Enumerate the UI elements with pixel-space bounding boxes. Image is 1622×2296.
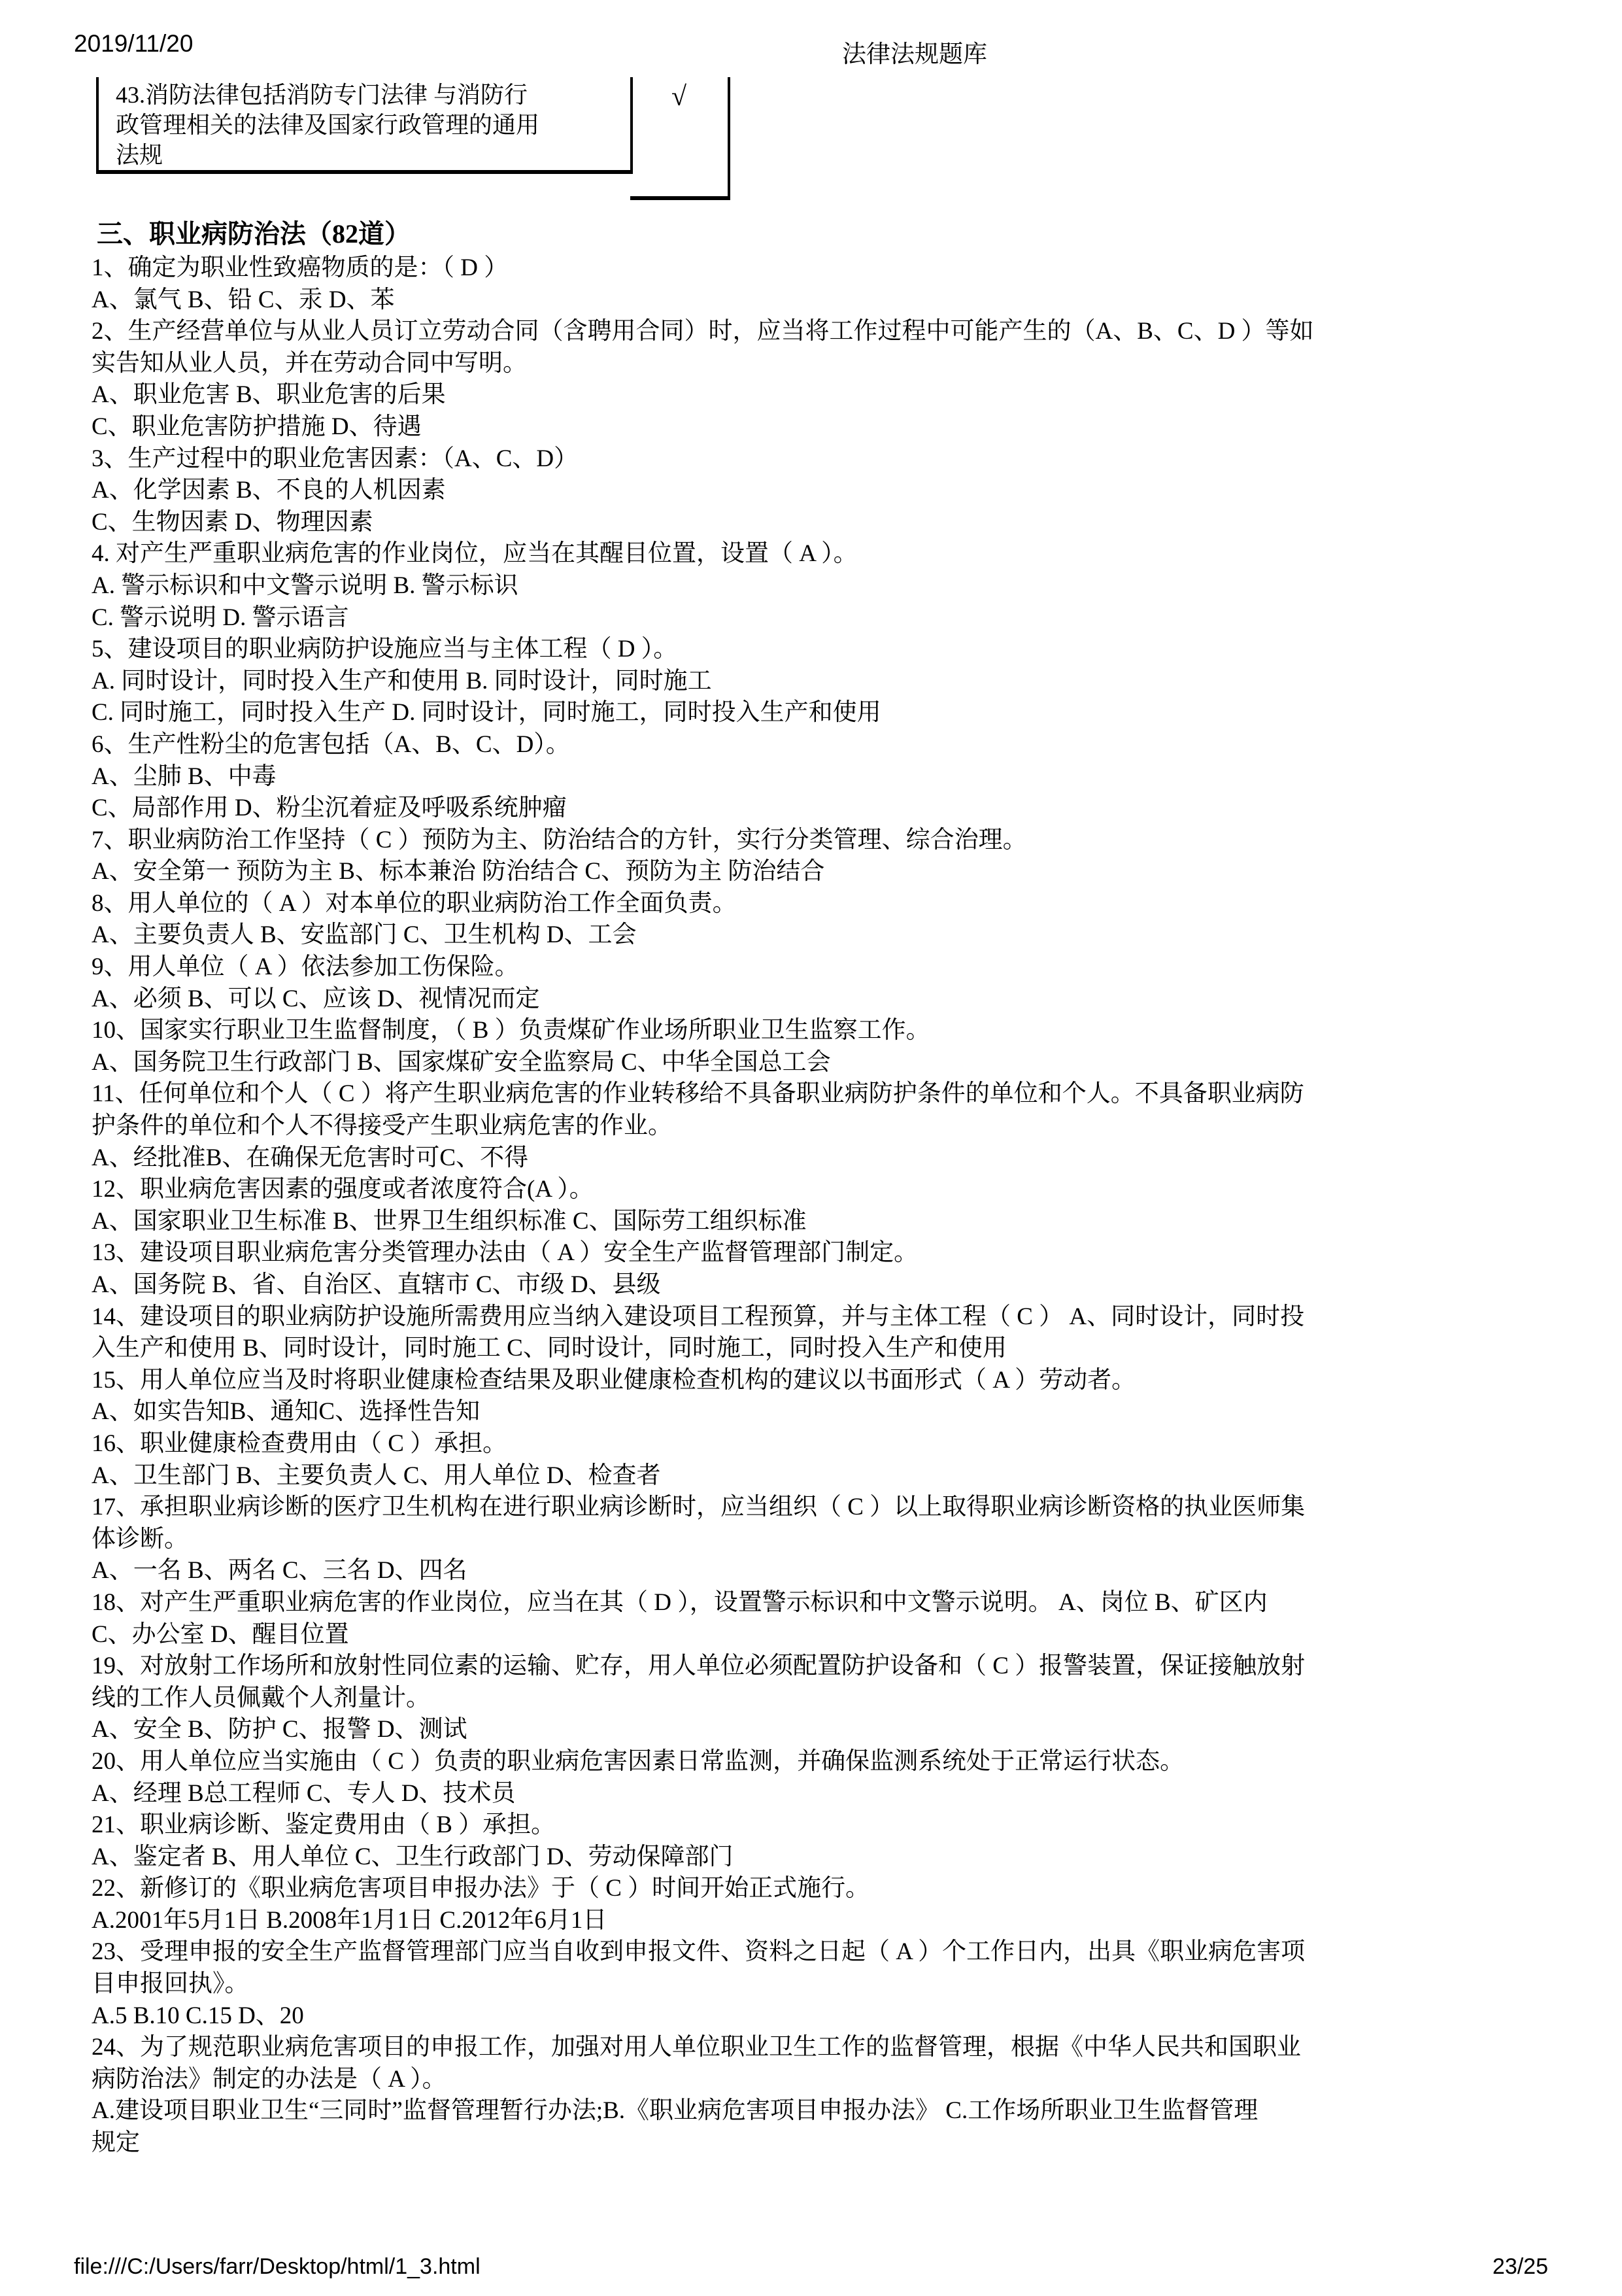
text-line: A、主要负责人 B、安监部门 C、卫生机构 D、工会 [92, 919, 1549, 951]
table-question-line: 政管理相关的法律及国家行政管理的通用 [116, 110, 624, 140]
text-line: 16、职业健康检查费用由（ C ）承担。 [92, 1428, 1549, 1460]
text-line: 4. 对产生严重职业病危害的作业岗位，应当在其醒目位置，设置（ A ）。 [92, 538, 1549, 570]
text-line: A、国家职业卫生标准 B、世界卫生组织标准 C、国际劳工组织标准 [92, 1206, 1549, 1238]
text-line: A、卫生部门 B、主要负责人 C、用人单位 D、检查者 [92, 1460, 1549, 1492]
text-line: A、鉴定者 B、用人单位 C、卫生行政部门 D、劳动保障部门 [92, 1842, 1549, 1874]
text-line: A、尘肺 B、中毒 [92, 761, 1549, 793]
text-line: A.2001年5月1日 B.2008年1月1日 C.2012年6月1日 [92, 1905, 1549, 1937]
text-line: 目申报回执》。 [92, 1968, 1549, 2000]
text-line: 18、对产生严重职业病危害的作业岗位，应当在其（ D ），设置警示标识和中文警示… [92, 1587, 1549, 1619]
text-line: 3、生产过程中的职业危害因素：（A、C、D） [92, 443, 1549, 475]
text-line: A.建设项目职业卫生“三同时”监督管理暂行办法;B.《职业病危害项目申报办法》 … [92, 2095, 1549, 2127]
table-question-line: 43.消防法律包括消防专门法律 与消防行 [116, 80, 624, 110]
text-line: 11、任何单位和个人（ C ）将产生职业病危害的作业转移给不具备职业病防护条件的… [92, 1078, 1549, 1110]
printed-page: 2019/11/20 法律法规题库 43.消防法律包括消防专门法律 与消防行政管… [0, 0, 1622, 2296]
text-line: 10、国家实行职业卫生监督制度，（ B ）负责煤矿作业场所职业卫生监察工作。 [92, 1015, 1549, 1047]
text-line: A、国务院卫生行政部门 B、国家煤矿安全监察局 C、中华全国总工会 [92, 1047, 1549, 1079]
text-line: 14、建设项目的职业病防护设施所需费用应当纳入建设项目工程预算，并与主体工程（ … [92, 1301, 1549, 1333]
text-line: A.5 B.10 C.15 D、20 [92, 2000, 1549, 2032]
table-question-cell: 43.消防法律包括消防专门法律 与消防行政管理相关的法律及国家行政管理的通用法规 [96, 77, 633, 174]
footer-page-number: 23/25 [1493, 2254, 1548, 2280]
text-line: C、职业危害防护措施 D、待遇 [92, 411, 1549, 443]
text-line: A. 同时设计，同时投入生产和使用 B. 同时设计，同时施工 [92, 666, 1549, 698]
text-line: A、化学因素 B、不良的人机因素 [92, 475, 1549, 507]
text-line: 17、承担职业病诊断的医疗卫生机构在进行职业病诊断时，应当组织（ C ）以上取得… [92, 1492, 1549, 1524]
text-line: A、安全第一 预防为主 B、标本兼治 防治结合 C、预防为主 防治结合 [92, 856, 1549, 888]
text-line: C、生物因素 D、物理因素 [92, 507, 1549, 539]
text-line: 13、建设项目职业病危害分类管理办法由（ A ）安全生产监督管理部门制定。 [92, 1237, 1549, 1269]
text-line: 入生产和使用 B、同时设计，同时施工 C、同时设计，同时施工，同时投入生产和使用 [92, 1333, 1549, 1365]
text-line: 6、生产性粉尘的危害包括（A、B、C、D）。 [92, 729, 1549, 761]
footer-file-url: file:///C:/Users/farr/Desktop/html/1_3.h… [74, 2254, 481, 2280]
text-line: A、一名 B、两名 C、三名 D、四名 [92, 1555, 1549, 1587]
header-title: 法律法规题库 [842, 34, 987, 69]
text-line: 21、职业病诊断、鉴定费用由（ B ）承担。 [92, 1809, 1549, 1842]
text-line: A、安全 B、防护 C、报警 D、测试 [92, 1714, 1549, 1746]
text-line: 规定 [92, 2127, 1549, 2159]
text-line: 2、生产经营单位与从业人员订立劳动合同（含聘用合同）时，应当将工作过程中可能产生… [92, 316, 1549, 348]
text-line: 线的工作人员佩戴个人剂量计。 [92, 1683, 1549, 1715]
text-line: C、局部作用 D、粉尘沉着症及呼吸系统肿瘤 [92, 793, 1549, 825]
section-heading: 三、职业病防治法（82道） [92, 216, 1549, 252]
text-line: 7、职业病防治工作坚持（ C ）预防为主、防治结合的方针，实行分类管理、综合治理… [92, 825, 1549, 857]
text-line: 19、对放射工作场所和放射性同位素的运输、贮存，用人单位必须配置防护设备和（ C… [92, 1651, 1549, 1683]
text-line: 8、用人单位的（ A ）对本单位的职业病防治工作全面负责。 [92, 888, 1549, 920]
table-question-line: 法规 [116, 140, 624, 170]
text-line: 20、用人单位应当实施由（ C ）负责的职业病危害因素日常监测，并确保监测系统处… [92, 1746, 1549, 1778]
text-line: A、职业危害 B、职业危害的后果 [92, 379, 1549, 411]
text-line: C、办公室 D、醒目位置 [92, 1619, 1549, 1651]
header-date: 2019/11/20 [74, 30, 193, 58]
text-line: 12、职业病危害因素的强度或者浓度符合(A ）。 [92, 1174, 1549, 1206]
text-line: 体诊断。 [92, 1524, 1549, 1556]
text-line: A、经批准B、在确保无危害时可C、不得 [92, 1142, 1549, 1174]
text-line: 病防治法》制定的办法是（ A ）。 [92, 2064, 1549, 2096]
question-body: 1、确定为职业性致癌物质的是：（ D ）A、氯气 B、铅 C、汞 D、苯2、生产… [92, 252, 1549, 2159]
text-line: C. 警示说明 D. 警示语言 [92, 602, 1549, 634]
text-line: 护条件的单位和个人不得接受产生职业病危害的作业。 [92, 1110, 1549, 1142]
text-line: 实告知从业人员，并在劳动合同中写明。 [92, 348, 1549, 380]
text-line: A、经理 B总工程师 C、专人 D、技术员 [92, 1778, 1549, 1810]
text-line: A、必须 B、可以 C、应该 D、视情况而定 [92, 984, 1549, 1016]
text-line: 1、确定为职业性致癌物质的是：（ D ） [92, 252, 1549, 284]
text-line: 22、新修订的《职业病危害项目申报办法》于（ C ）时间开始正式施行。 [92, 1873, 1549, 1905]
answer-checkmark: √ [671, 82, 686, 112]
question-section: 三、职业病防治法（82道） 1、确定为职业性致癌物质的是：（ D ）A、氯气 B… [92, 216, 1549, 2159]
text-line: A、氯气 B、铅 C、汞 D、苯 [92, 284, 1549, 317]
text-line: A、国务院 B、省、自治区、直辖市 C、市级 D、县级 [92, 1269, 1549, 1301]
table-answer-cell: √ [630, 77, 730, 200]
text-line: 23、受理申报的安全生产监督管理部门应当自收到申报文件、资料之日起（ A ）个工… [92, 1936, 1549, 1968]
text-line: 24、为了规范职业病危害项目的申报工作，加强对用人单位职业卫生工作的监督管理，根… [92, 2032, 1549, 2064]
text-line: 15、用人单位应当及时将职业健康检查结果及职业健康检查机构的建议以书面形式（ A… [92, 1365, 1549, 1397]
text-line: C. 同时施工，同时投入生产 D. 同时设计，同时施工，同时投入生产和使用 [92, 697, 1549, 729]
text-line: 9、用人单位（ A ）依法参加工伤保险。 [92, 951, 1549, 984]
text-line: A、如实告知B、通知C、选择性告知 [92, 1396, 1549, 1428]
text-line: 5、建设项目的职业病防护设施应当与主体工程（ D ）。 [92, 634, 1549, 666]
text-line: A. 警示标识和中文警示说明 B. 警示标识 [92, 570, 1549, 602]
